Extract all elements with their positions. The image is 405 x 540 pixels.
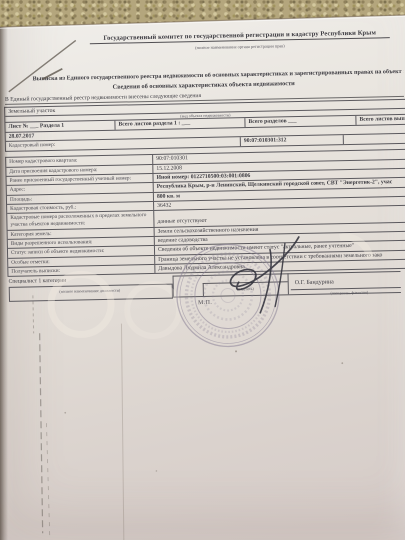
photo-artifacts: [0, 0, 405, 540]
document-photo: Государственный комитет по государственн…: [0, 0, 405, 540]
photo-edge-shadow: [0, 22, 8, 540]
official-stamp-icon: [176, 243, 280, 347]
photo-streaks: [33, 289, 347, 540]
watermark: [50, 236, 372, 338]
fold-crease: [8, 40, 77, 91]
